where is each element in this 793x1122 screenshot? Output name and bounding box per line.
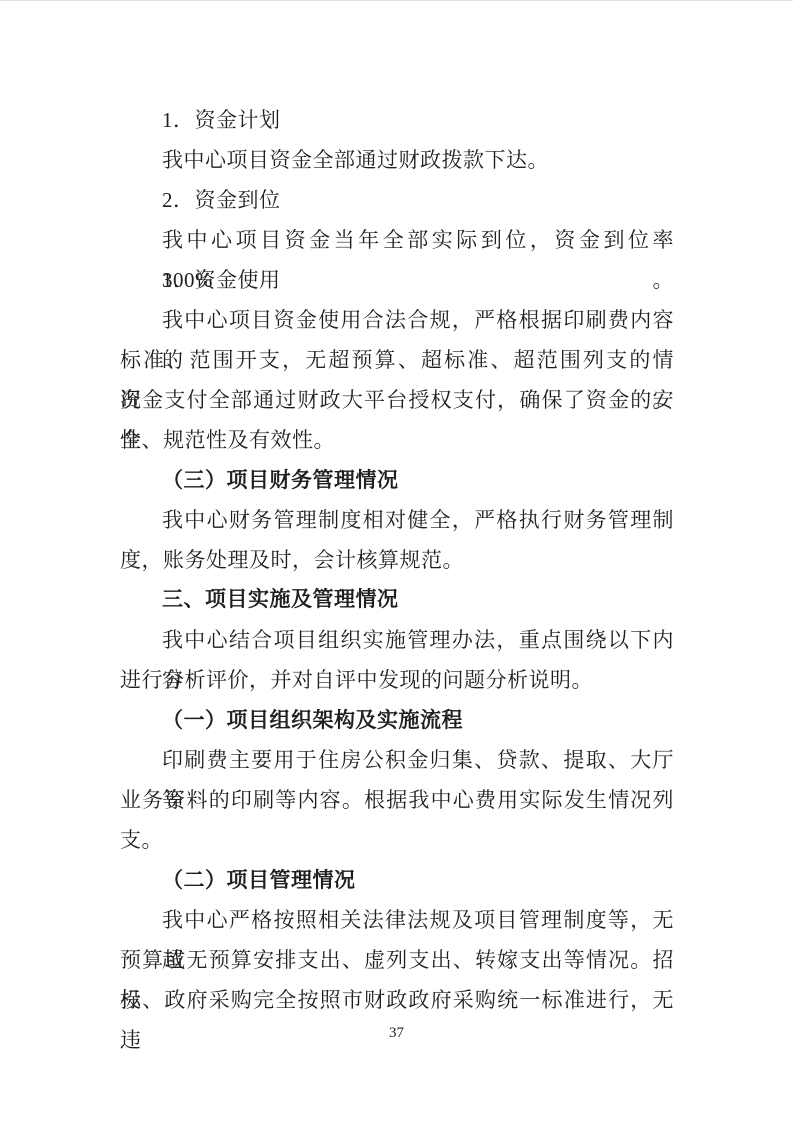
text-line: 度，账务处理及时，会计核算规范。 (120, 540, 674, 580)
page-top-edge-divider (0, 0, 793, 1)
heading-line: （二）项目管理情况 (120, 860, 674, 900)
text-line: 支。 (120, 820, 674, 860)
heading-line: 三、项目实施及管理情况 (120, 580, 674, 620)
text-line: 印刷费主要用于住房公积金归集、贷款、提取、大厅等 (120, 740, 674, 780)
text-line: 我中心项目资金使用合法合规，严格根据印刷费内容的 (120, 300, 674, 340)
text-line: 性、规范性及有效性。 (120, 420, 674, 460)
text-line: 我中心项目资金当年全部实际到位，资金到位率 100%。 (120, 220, 674, 260)
text-line: 进行分析评价，并对自评中发现的问题分析说明。 (120, 660, 674, 700)
text-line: 预算或无预算安排支出、虚列支出、转嫁支出等情况。招投 (120, 940, 674, 980)
text-line: 我中心财务管理制度相对健全，严格执行财务管理制 (120, 500, 674, 540)
text-line: 1．资金计划 (120, 100, 674, 140)
text-line: 标准、范围开支，无超预算、超标准、超范围列支的情况。 (120, 340, 674, 380)
text-line: 资金支付全部通过财政大平台授权支付，确保了资金的安全 (120, 380, 674, 420)
page-number: 37 (0, 1023, 793, 1043)
text-line: 标、政府采购完全按照市财政政府采购统一标准进行，无违 (120, 980, 674, 1020)
heading-line: （三）项目财务管理情况 (120, 460, 674, 500)
heading-line: （一）项目组织架构及实施流程 (120, 700, 674, 740)
text-line: 我中心严格按照相关法律法规及项目管理制度等，无超 (120, 900, 674, 940)
text-line: 2．资金到位 (120, 180, 674, 220)
text-line: 业务资料的印刷等内容。根据我中心费用实际发生情况列 (120, 780, 674, 820)
text-line: 我中心结合项目组织实施管理办法，重点围绕以下内容 (120, 620, 674, 660)
text-line: 我中心项目资金全部通过财政拨款下达。 (120, 140, 674, 180)
document-page: 1．资金计划我中心项目资金全部通过财政拨款下达。2．资金到位我中心项目资金当年全… (0, 0, 793, 1122)
document-body: 1．资金计划我中心项目资金全部通过财政拨款下达。2．资金到位我中心项目资金当年全… (120, 100, 674, 1020)
